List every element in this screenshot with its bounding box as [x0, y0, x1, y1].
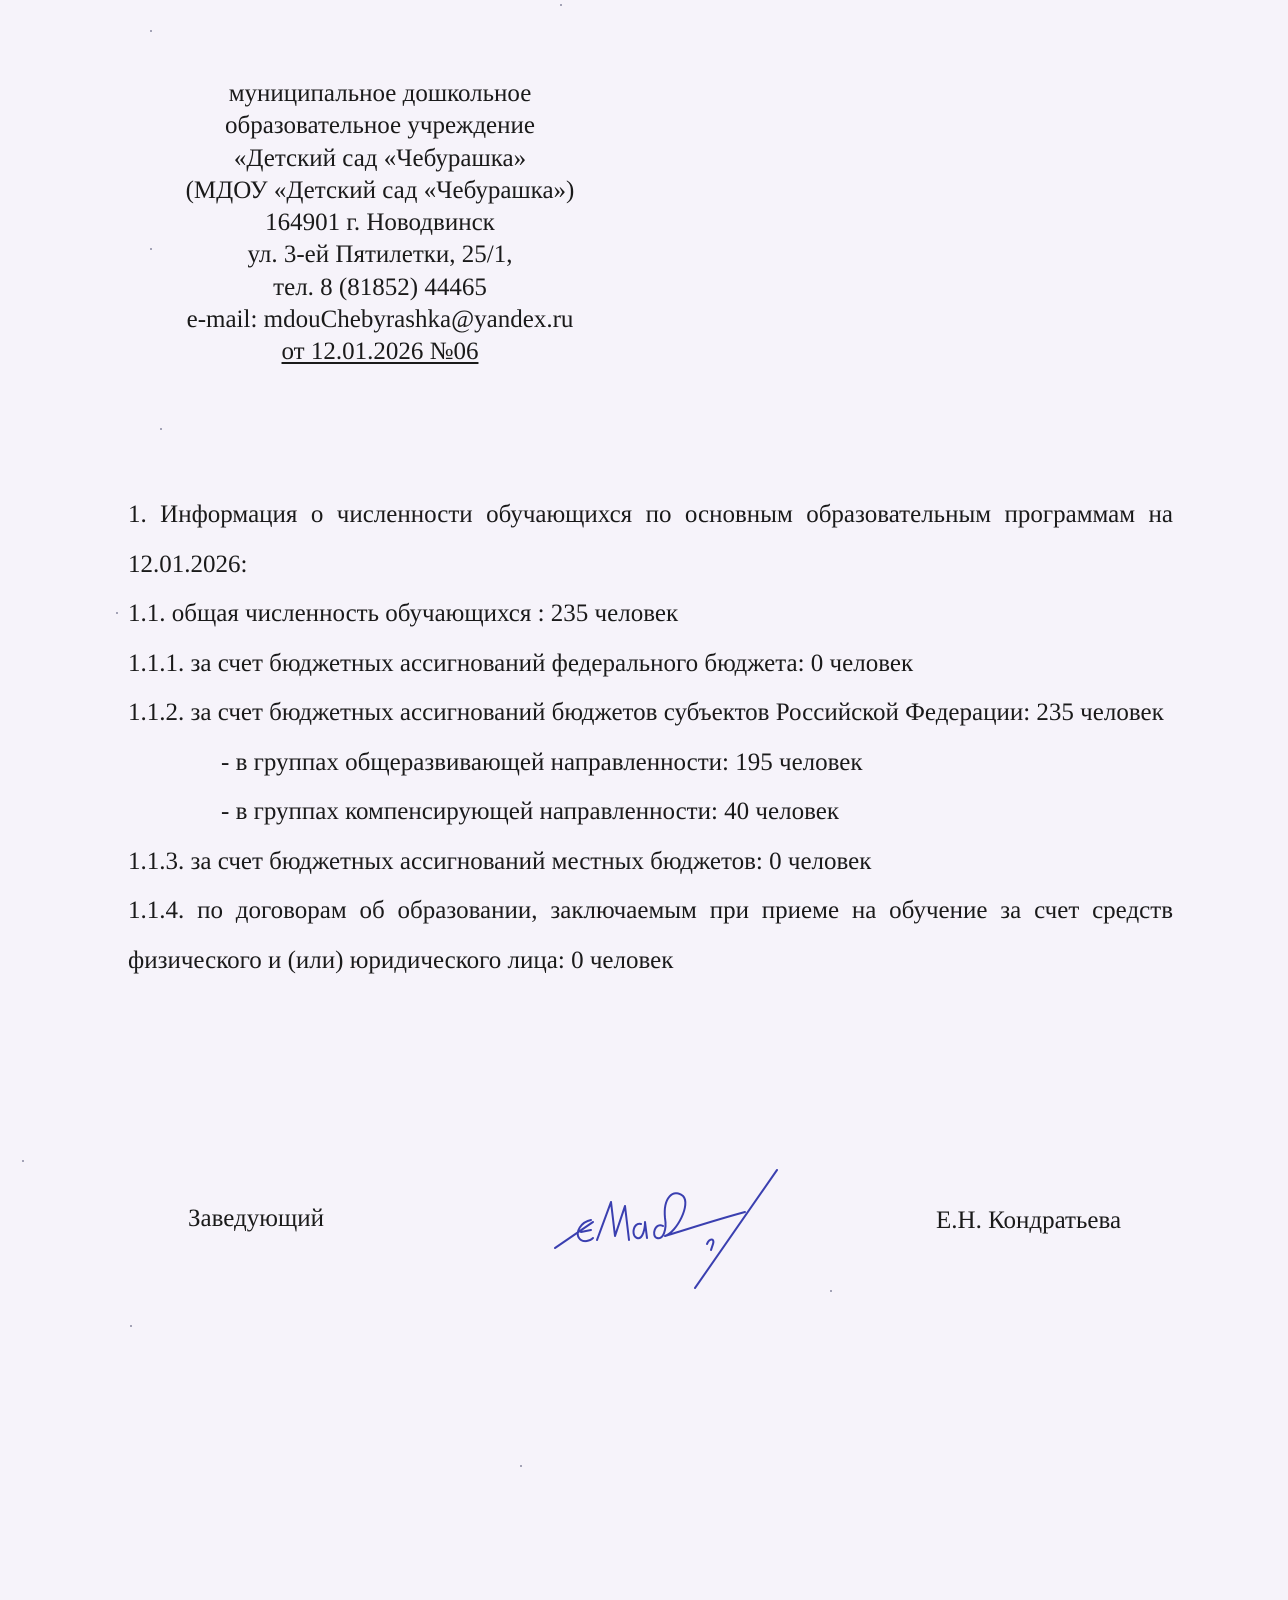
document-reference: от 12.01.2026 №06: [140, 336, 620, 368]
scan-speck: [150, 30, 152, 32]
letterhead-line-org-name: «Детский сад «Чебурашка»: [140, 143, 620, 175]
scan-speck: [560, 4, 562, 6]
document-body: 1. Информация о численности обучающихся …: [128, 490, 1173, 985]
letterhead-line-street: ул. 3-ей Пятилетки, 25/1,: [140, 239, 620, 271]
section-heading: 1. Информация о численности обучающихся …: [128, 490, 1173, 589]
letterhead-line-org-type: муниципальное дошкольное: [140, 78, 620, 110]
item-local-budget: 1.1.3. за счет бюджетных ассигнований ме…: [128, 837, 1173, 887]
item-total-students: 1.1. общая численность обучающихся : 235…: [128, 589, 1173, 639]
signer-position: Заведующий: [188, 1205, 324, 1233]
subitem-general-groups: - в группах общеразвивающей направленнос…: [128, 738, 1173, 788]
letterhead-line-email: e-mail: mdouChebyrashka@yandex.ru: [140, 304, 620, 336]
scan-speck: [150, 248, 152, 250]
letterhead-line-phone: тел. 8 (81852) 44465: [140, 272, 620, 304]
scan-speck: [830, 1290, 832, 1292]
scan-speck: [116, 612, 118, 614]
scan-speck: [520, 1465, 522, 1467]
item-contracts: 1.1.4. по договорам об образовании, закл…: [128, 886, 1173, 985]
scan-speck: [160, 428, 162, 430]
scan-speck: [130, 1325, 132, 1327]
letterhead-line-org-kind: образовательное учреждение: [140, 110, 620, 142]
scan-speck: [22, 1160, 24, 1162]
letterhead: муниципальное дошкольное образовательное…: [140, 78, 620, 369]
handwritten-signature-icon: [545, 1160, 780, 1290]
item-regional-budget: 1.1.2. за счет бюджетных ассигнований бю…: [128, 688, 1173, 738]
letterhead-line-org-abbrev: (МДОУ «Детский сад «Чебурашка»): [140, 175, 620, 207]
signer-name: Е.Н. Кондратьева: [936, 1207, 1121, 1235]
document-page: муниципальное дошкольное образовательное…: [0, 0, 1288, 1600]
subitem-compensating-groups: - в группах компенсирующей направленност…: [128, 787, 1173, 837]
letterhead-line-postal-city: 164901 г. Новодвинск: [140, 207, 620, 239]
item-federal-budget: 1.1.1. за счет бюджетных ассигнований фе…: [128, 639, 1173, 689]
